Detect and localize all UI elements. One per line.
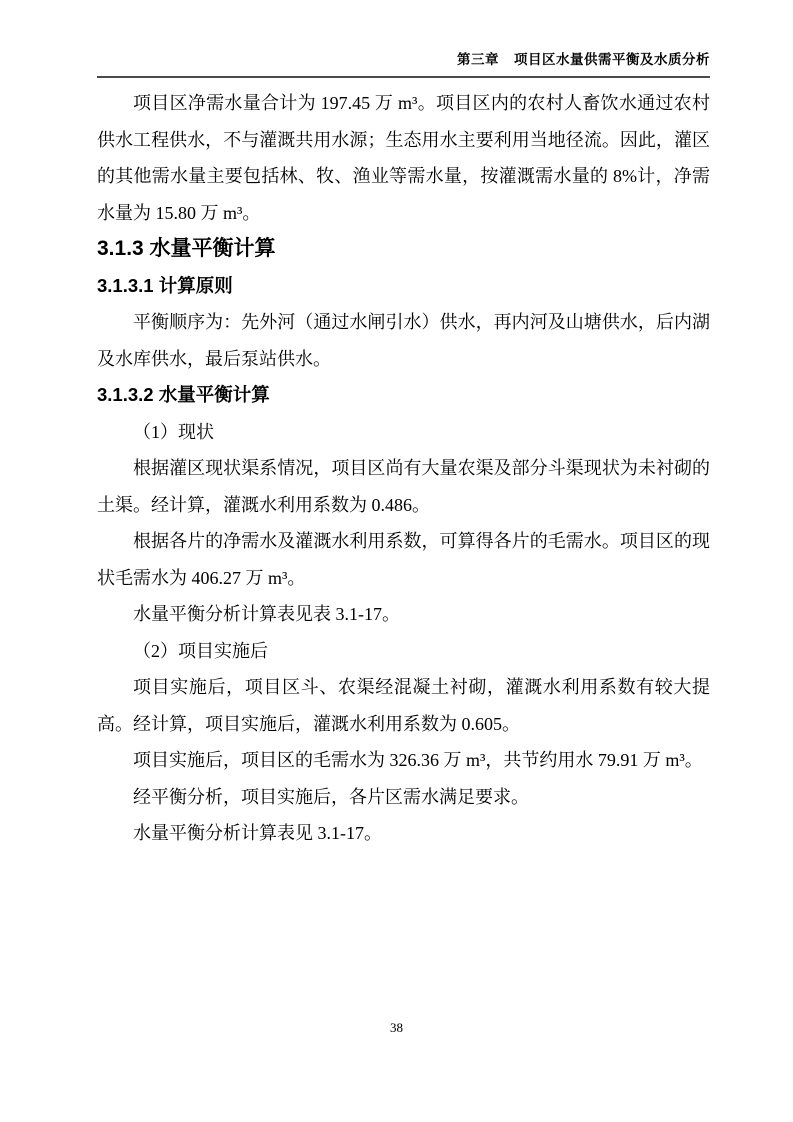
heading-3-1-3-1-principles: 3.1.3.1 计算原则 [97, 268, 710, 305]
page-number: 38 [390, 1020, 403, 1035]
paragraph-after-balance-result: 经平衡分析，项目实施后，各片区需水满足要求。 [97, 779, 710, 816]
paragraph-table-reference-after: 水量平衡分析计算表见 3.1-17。 [97, 815, 710, 852]
paragraph-after-lining: 项目实施后，项目区斗、农渠经混凝土衬砌，灌溉水利用系数有较大提高。经计算，项目实… [97, 669, 710, 742]
paragraph-net-water-demand: 项目区净需水量合计为 197.45 万 m³。项目区内的农村人畜饮水通过农村供水… [97, 85, 710, 231]
list-item-after-implementation: （2）项目实施后 [97, 633, 710, 670]
heading-3-1-3-water-balance: 3.1.3 水量平衡计算 [97, 231, 710, 268]
document-body: 项目区净需水量合计为 197.45 万 m³。项目区内的农村人畜饮水通过农村供水… [97, 85, 710, 852]
paragraph-table-reference-current: 水量平衡分析计算表见表 3.1-17。 [97, 596, 710, 633]
running-header: 第三章项目区水量供需平衡及水质分析 [97, 50, 710, 70]
page-footer: 38 [0, 1018, 793, 1038]
header-chapter-label: 第三章 [457, 52, 499, 67]
document-page: 第三章项目区水量供需平衡及水质分析 项目区净需水量合计为 197.45 万 m³… [0, 0, 793, 1122]
header-divider-rule [97, 76, 710, 78]
list-item-current-status: （1）现状 [97, 414, 710, 451]
heading-3-1-3-2-balance-calculation: 3.1.3.2 水量平衡计算 [97, 377, 710, 414]
paragraph-after-demand-savings: 项目实施后，项目区的毛需水为 326.36 万 m³，共节约用水 79.91 万… [97, 742, 710, 779]
header-chapter-title: 项目区水量供需平衡及水质分析 [514, 52, 710, 67]
paragraph-balance-order: 平衡顺序为：先外河（通过水闸引水）供水，再内河及山塘供水，后内湖及水库供水，最后… [97, 304, 710, 377]
paragraph-current-canal-condition: 根据灌区现状渠系情况，项目区尚有大量农渠及部分斗渠现状为未衬砌的土渠。经计算，灌… [97, 450, 710, 523]
paragraph-gross-water-demand: 根据各片的净需水及灌溉水利用系数，可算得各片的毛需水。项目区的现状毛需水为 40… [97, 523, 710, 596]
